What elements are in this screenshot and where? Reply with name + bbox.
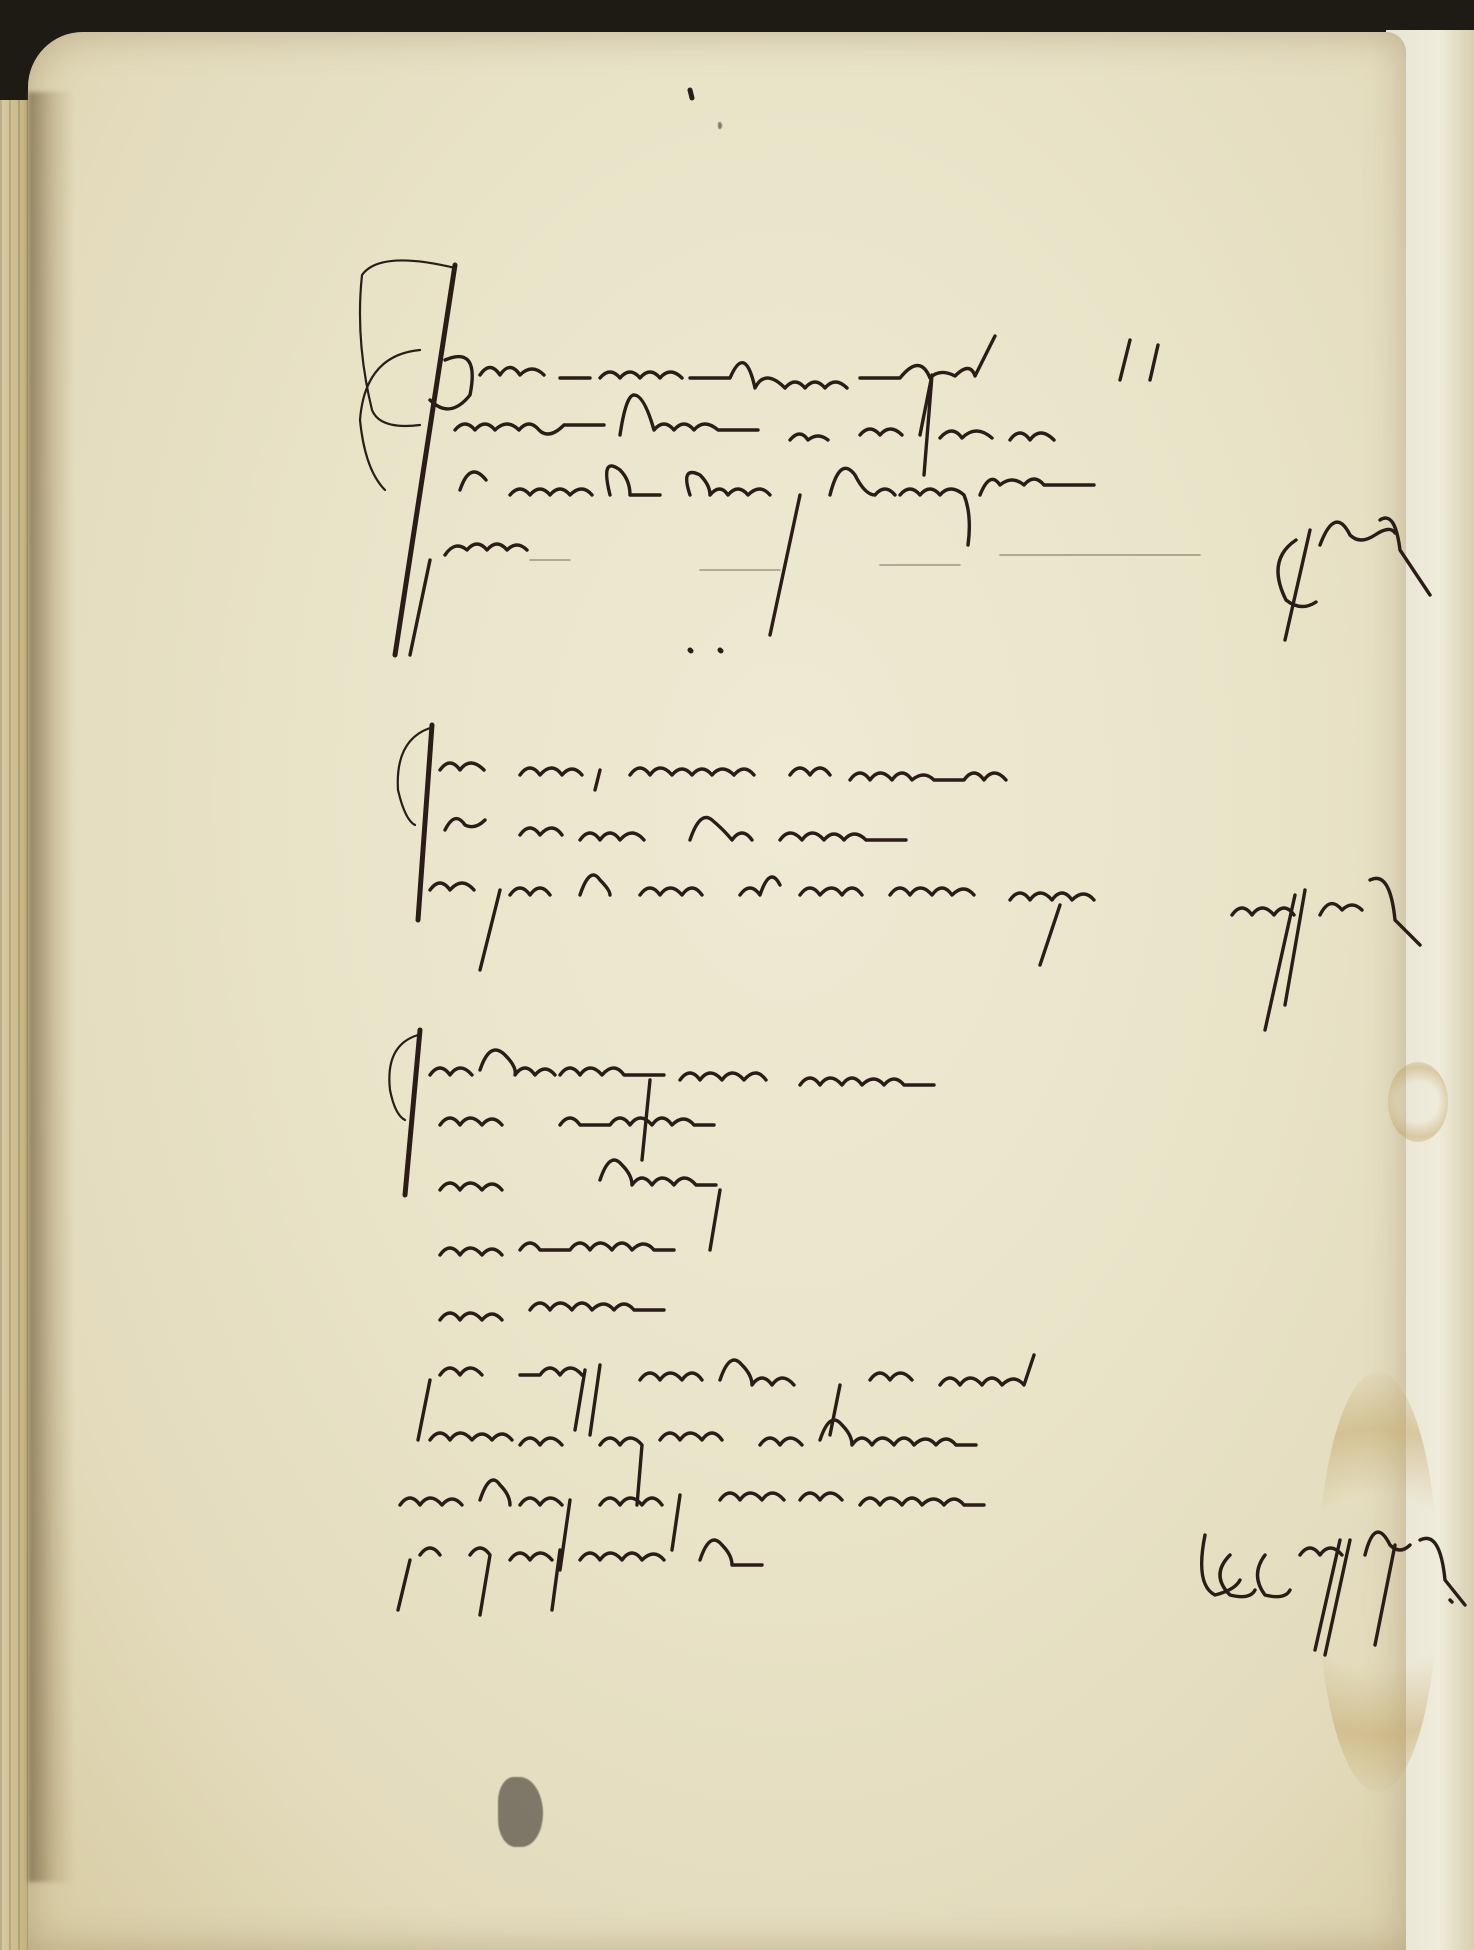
entry-2-line-2: te Antw[er]pen ... ... van ...: [440, 805, 878, 840]
entry-1-line-2: ...ayt ... ende ... ons ... ...: [455, 405, 860, 440]
margin-amount-1: c sold: [1280, 530, 1386, 571]
entry-2-line-1: Item ... le ... ... le ...: [440, 745, 762, 780]
manuscript-photo: Item ... machi... ... te Antw[er]pen ...…: [0, 0, 1474, 1950]
entry-1-line-3: te ... de ... ... sulcz wert dien ...: [455, 465, 962, 500]
entry-3-line-6: ... le ... ... ... ...: [430, 1350, 670, 1385]
entry-3-line-3: Johan ...: [440, 1165, 574, 1200]
entry-3-line-4: ... le Prestre: [440, 1230, 641, 1265]
entry-2-line-3: ... de ... sulcz wert ... ...: [430, 865, 814, 900]
entry-3-line-8: ... de ... sulcz wert dien: [400, 1480, 780, 1515]
entry-3-line-7: ... ... te ... ...: [430, 1415, 630, 1450]
entry-3-line-5: ... le ...: [440, 1295, 554, 1330]
entry-3-line-2: ... le Prestre: [440, 1100, 641, 1135]
margin-amount-2: iii schild: [1230, 885, 1384, 926]
handwriting-layer: [0, 0, 1474, 1950]
entry-1-line-4: ...: [440, 530, 472, 565]
entry-3-line-9: ... te ... ... de: [410, 1535, 618, 1570]
margin-amount-3: lxxx schild.: [1200, 1545, 1403, 1586]
entry-3-line-1: Item ... ... Johan le Andre: [430, 1050, 838, 1085]
entry-1-line-1: Item ... machi... ... te Antw[er]pen: [470, 345, 1022, 380]
